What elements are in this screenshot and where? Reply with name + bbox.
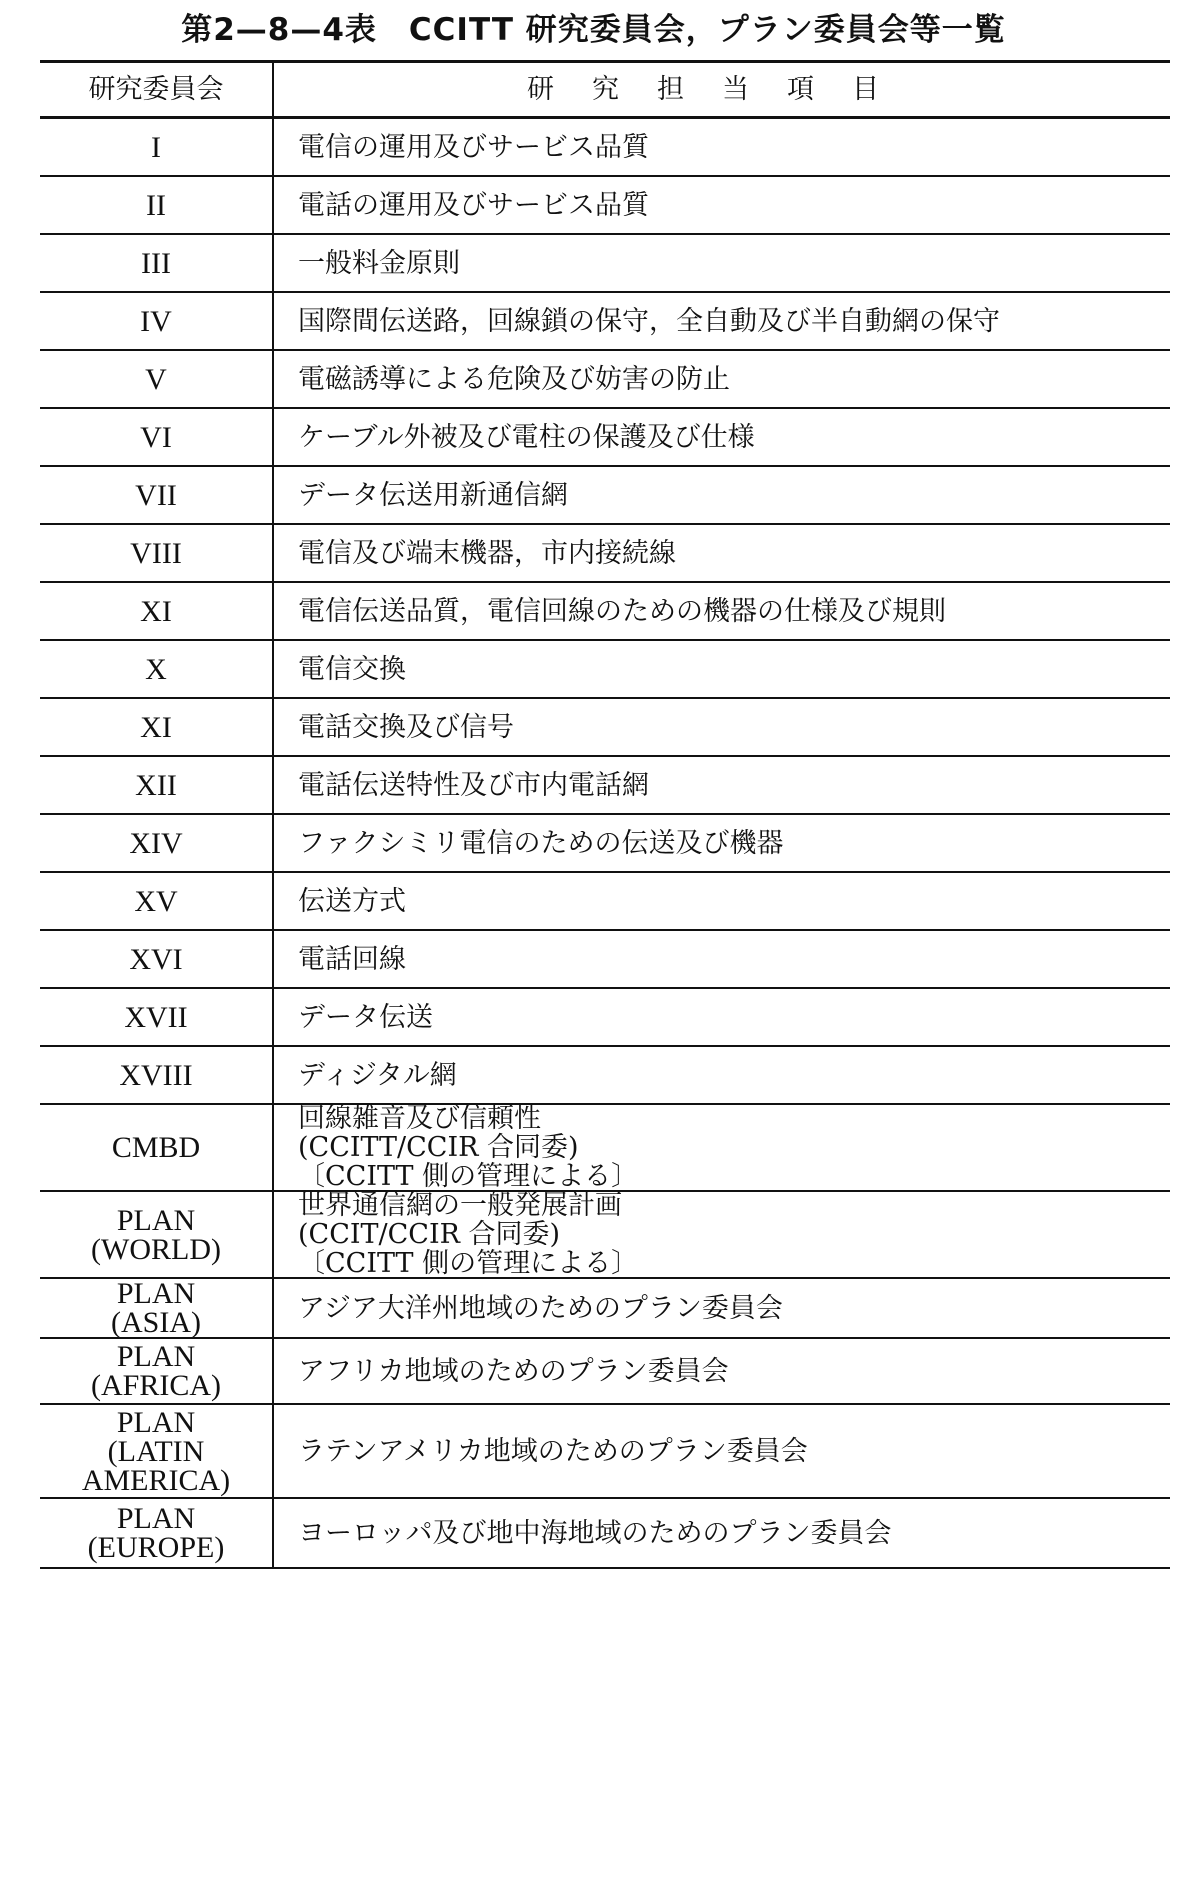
- subject-cell: 電話交換及び信号: [274, 699, 1170, 755]
- table-row: X 電信交換: [40, 641, 1170, 699]
- subject-cell: データ伝送: [274, 989, 1170, 1045]
- table-row: I 電信の運用及びサービス品質: [40, 119, 1170, 177]
- table-row: PLAN (EUROPE) ヨーロッパ及び地中海地域のためのプラン委員会: [40, 1499, 1170, 1569]
- subject-cell: 伝送方式: [274, 873, 1170, 929]
- committee-cell: V: [40, 351, 274, 407]
- subject-cell: ファクシミリ電信のための伝送及び機器: [274, 815, 1170, 871]
- committee-cell: PLAN (WORLD): [40, 1192, 274, 1277]
- header-subject: 研究担当項目: [274, 63, 1170, 116]
- committee-cell: PLAN (AFRICA): [40, 1339, 274, 1403]
- committee-cell: XVII: [40, 989, 274, 1045]
- table-row: XVI 電話回線: [40, 931, 1170, 989]
- subject-cell: 国際間伝送路，回線鎖の保守，全自動及び半自動網の保守: [274, 293, 1170, 349]
- subject-cell: データ伝送用新通信網: [274, 467, 1170, 523]
- subject-cell: 回線雑音及び信頼性 (CCITT/CCIR 合同委) 〔CCITT 側の管理によ…: [274, 1105, 1170, 1190]
- subject-cell: ラテンアメリカ地域のためのプラン委員会: [274, 1405, 1170, 1497]
- table-row: VII データ伝送用新通信網: [40, 467, 1170, 525]
- subject-cell: 電信交換: [274, 641, 1170, 697]
- table-row: XIV ファクシミリ電信のための伝送及び機器: [40, 815, 1170, 873]
- committee-cell: I: [40, 119, 274, 175]
- committee-cell: XVIII: [40, 1047, 274, 1103]
- table-row: XII 電話伝送特性及び市内電話網: [40, 757, 1170, 815]
- committee-cell: X: [40, 641, 274, 697]
- table-row: PLAN (AFRICA) アフリカ地域のためのプラン委員会: [40, 1339, 1170, 1405]
- subject-cell: アフリカ地域のためのプラン委員会: [274, 1339, 1170, 1403]
- committee-cell: III: [40, 235, 274, 291]
- committee-table: 研究委員会 研究担当項目 I 電信の運用及びサービス品質 II 電話の運用及びサ…: [40, 60, 1170, 1569]
- subject-cell: 電話回線: [274, 931, 1170, 987]
- table-row: PLAN (LATIN AMERICA) ラテンアメリカ地域のためのプラン委員会: [40, 1405, 1170, 1499]
- committee-cell: IV: [40, 293, 274, 349]
- table-row: II 電話の運用及びサービス品質: [40, 177, 1170, 235]
- committee-cell: VII: [40, 467, 274, 523]
- table-title: 第2—8—4表 CCITT 研究委員会，プラン委員会等一覧: [0, 8, 1187, 52]
- subject-cell: 電信の運用及びサービス品質: [274, 119, 1170, 175]
- committee-cell: PLAN (LATIN AMERICA): [40, 1405, 274, 1497]
- table-row: XV 伝送方式: [40, 873, 1170, 931]
- subject-cell: 一般料金原則: [274, 235, 1170, 291]
- table-row: VI ケーブル外被及び電柱の保護及び仕様: [40, 409, 1170, 467]
- committee-cell: XI: [40, 583, 274, 639]
- committee-cell: PLAN (ASIA): [40, 1279, 274, 1337]
- table-row: PLAN (ASIA) アジア大洋州地域のためのプラン委員会: [40, 1279, 1170, 1339]
- table-row: V 電磁誘導による危険及び妨害の防止: [40, 351, 1170, 409]
- table-row: CMBD 回線雑音及び信頼性 (CCITT/CCIR 合同委) 〔CCITT 側…: [40, 1105, 1170, 1192]
- committee-cell: II: [40, 177, 274, 233]
- subject-cell: 電信伝送品質，電信回線のための機器の仕様及び規則: [274, 583, 1170, 639]
- subject-cell: ケーブル外被及び電柱の保護及び仕様: [274, 409, 1170, 465]
- subject-cell: 電磁誘導による危険及び妨害の防止: [274, 351, 1170, 407]
- table-row: PLAN (WORLD) 世界通信網の一般発展計画 (CCIT/CCIR 合同委…: [40, 1192, 1170, 1279]
- table-row: XVII データ伝送: [40, 989, 1170, 1047]
- table-header-row: 研究委員会 研究担当項目: [40, 63, 1170, 119]
- subject-cell: 電話伝送特性及び市内電話網: [274, 757, 1170, 813]
- subject-cell: 電信及び端末機器，市内接続線: [274, 525, 1170, 581]
- table-row: XVIII ディジタル網: [40, 1047, 1170, 1105]
- table-row: XI 電話交換及び信号: [40, 699, 1170, 757]
- subject-cell: ヨーロッパ及び地中海地域のためのプラン委員会: [274, 1499, 1170, 1567]
- subject-cell: アジア大洋州地域のためのプラン委員会: [274, 1279, 1170, 1337]
- table-row: XI 電信伝送品質，電信回線のための機器の仕様及び規則: [40, 583, 1170, 641]
- subject-cell: 電話の運用及びサービス品質: [274, 177, 1170, 233]
- committee-cell: VI: [40, 409, 274, 465]
- committee-cell: XI: [40, 699, 274, 755]
- subject-cell: ディジタル網: [274, 1047, 1170, 1103]
- table-row: IV 国際間伝送路，回線鎖の保守，全自動及び半自動網の保守: [40, 293, 1170, 351]
- subject-cell: 世界通信網の一般発展計画 (CCIT/CCIR 合同委) 〔CCITT 側の管理…: [274, 1192, 1170, 1277]
- committee-cell: XII: [40, 757, 274, 813]
- committee-cell: PLAN (EUROPE): [40, 1499, 274, 1567]
- table-row: VIII 電信及び端末機器，市内接続線: [40, 525, 1170, 583]
- committee-cell: VIII: [40, 525, 274, 581]
- header-committee: 研究委員会: [40, 63, 274, 116]
- committee-cell: XVI: [40, 931, 274, 987]
- committee-cell: XIV: [40, 815, 274, 871]
- committee-cell: CMBD: [40, 1105, 274, 1190]
- committee-cell: XV: [40, 873, 274, 929]
- table-row: III 一般料金原則: [40, 235, 1170, 293]
